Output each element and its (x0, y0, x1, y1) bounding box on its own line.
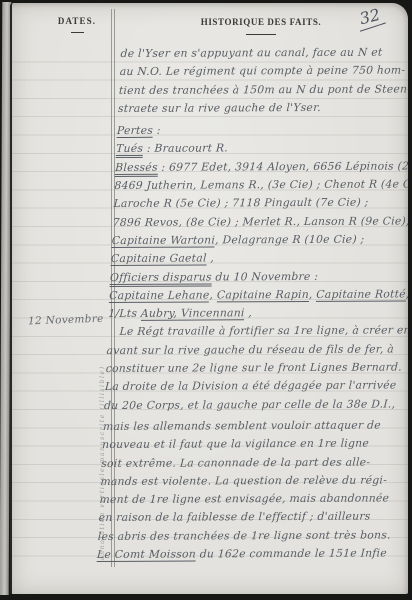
handwriting: , Delagrange R (10e Cie) ; (215, 233, 365, 247)
journal-line: Laroche R (5e Cie) ; 7118 Pingault (7e C… (113, 194, 408, 214)
faits-header-label: HISTORIQUE DES FAITS. (201, 17, 322, 27)
handwriting: Le Régt travaille à fortifier sa 1re lig… (119, 324, 408, 339)
underlined-handwriting: Officiers disparus (110, 270, 213, 287)
journal-line: mands est violente. La question de relèv… (100, 471, 397, 491)
journal-line: les abris des tranchées de 1re ligne son… (97, 526, 394, 546)
handwriting: , (244, 306, 252, 319)
journal-line: Le Comt Moisson du 162e commande le 151e… (97, 544, 394, 564)
margin-date-note: 12 Novembre (28, 313, 108, 328)
handwriting: nouveau et il faut que la vigilance en 1… (102, 437, 369, 451)
journal-line: 1/Lts Aubry, Vincennani , (108, 304, 405, 324)
handwriting: 1/Lts (108, 307, 141, 320)
dates-header-label: DATES. (58, 16, 96, 26)
underlined-handwriting: Capitaine Lehane (109, 288, 210, 303)
journal-line: Capitaine Gaetal , (110, 249, 407, 269)
underlined-handwriting: Capitaine Rotté (316, 287, 406, 301)
journal-page: DATES. HISTORIQUE DES FAITS. 32 12 Novem… (10, 3, 408, 594)
handwriting: Laroche R (5e Cie) ; 7118 Pingault (7e C… (113, 196, 369, 210)
journal-line: 8469 Jutherin, Lemans R., (3e Cie) ; Che… (114, 176, 408, 196)
journal-line: Le Régt travaille à fortifier sa 1re lig… (107, 322, 404, 342)
journal-line: 7896 Revos, (8e Cie) ; Merlet R., Lanson… (112, 212, 408, 232)
underlined-handwriting: Blessés (115, 161, 158, 177)
handwriting: , (206, 252, 214, 265)
faits-lines: de l'Yser en s'appuyant au canal, face a… (97, 43, 408, 564)
journal-line: tient des tranchées à 150m au N du pont … (118, 80, 408, 100)
handwriting: mands est violente. La question de relèv… (100, 473, 387, 488)
handwriting: constituer une 2e ligne sur le front Lig… (105, 360, 402, 375)
handwriting: en raison de la faiblesse de l'effectif … (98, 510, 371, 524)
handwriting: La droite de la Division a été dégagée p… (105, 379, 397, 394)
handwriting: : 6977 Edet, 3914 Aloyen, 6656 Lépinois … (157, 159, 408, 173)
underlined-handwriting: Aubry, Vincennani (140, 306, 244, 321)
journal-line: au N.O. Le régiment qui compte à peine 7… (119, 62, 408, 82)
underlined-handwriting: Pertes (117, 124, 154, 138)
handwriting: 7896 Revos, (8e Cie) ; Merlet R., Lanson… (112, 214, 408, 229)
handwriting: 8469 Jutherin, Lemans R., (3e Cie) ; Che… (114, 177, 408, 192)
journal-line: Blessés : 6977 Edet, 3914 Aloyen, 6656 L… (115, 157, 408, 177)
journal-line: Capitaine Wartoni, Delagrange R (10e Cie… (111, 230, 408, 250)
handwriting: straete sur la rive gauche de l'Yser. (118, 101, 322, 115)
journal-line: nouveau et il faut que la vigilance en 1… (102, 435, 399, 455)
handwriting: avant sur la rive gauche du réseau de fi… (106, 342, 394, 357)
handwriting: de l'Yser en s'appuyant au canal, face a… (120, 46, 382, 60)
handwriting: : (153, 124, 161, 137)
journal-line: de l'Yser en s'appuyant au canal, face a… (120, 43, 408, 63)
journal-line: ment de 1re ligne est envisagée, mais ab… (99, 490, 396, 510)
journal-line: Capitaine Lehane, Capitaine Rapin, Capit… (109, 285, 406, 305)
journal-line: en raison de la faiblesse de l'effectif … (98, 508, 395, 528)
underlined-handwriting: Tués (116, 142, 144, 158)
handwriting: , (406, 287, 408, 300)
journal-line: Officiers disparus du 10 Novembre : (110, 267, 407, 287)
dates-column-header: DATES. (40, 16, 114, 33)
handwriting: du 20e Corps, et la gauche par celle de … (104, 397, 396, 412)
journal-line: constituer une 2e ligne sur le front Lig… (105, 358, 402, 378)
journal-line: soit extrême. La canonnade de la part de… (101, 453, 398, 473)
scanned-journal-page: { "scan": { "page_number": "32", "header… (0, 0, 412, 600)
underlined-handwriting: Capitaine Gaetal (111, 252, 207, 267)
journal-line: straete sur la rive gauche de l'Yser. (118, 98, 408, 118)
journal-line: Pertes : (116, 121, 408, 141)
journal-line: Tués : Braucourt R. (116, 139, 408, 159)
journal-line: mais les allemands semblent vouloir atta… (103, 416, 400, 436)
handwriting: mais les allemands semblent vouloir atta… (103, 418, 382, 432)
faits-header-underline (246, 34, 276, 35)
handwriting: au N.O. Le régiment qui compte à peine 7… (119, 64, 405, 78)
handwriting: tient des tranchées à 150m au N du pont … (119, 82, 408, 97)
handwriting: du 162e commande le 151e Infie (196, 546, 387, 560)
handwriting: : Braucourt R. (143, 142, 228, 155)
dates-header-underline (71, 32, 84, 33)
handwriting: les abris des tranchées de 1re ligne son… (98, 528, 392, 543)
underlined-handwriting: Capitaine Rapin (217, 288, 310, 302)
handwriting: ment de 1re ligne est envisagée, mais ab… (99, 492, 389, 507)
underlined-handwriting: Le Comt Moisson (97, 547, 197, 562)
underlined-handwriting: Capitaine Wartoni (111, 233, 215, 248)
handwriting: soit extrême. La canonnade de la part de… (101, 455, 371, 469)
journal-line: du 20e Corps, et la gauche par celle de … (104, 395, 401, 415)
handwriting: du 10 Novembre : (212, 269, 319, 283)
journal-line: avant sur la rive gauche du réseau de fi… (106, 340, 403, 360)
journal-line: La droite de la Division a été dégagée p… (104, 377, 401, 397)
